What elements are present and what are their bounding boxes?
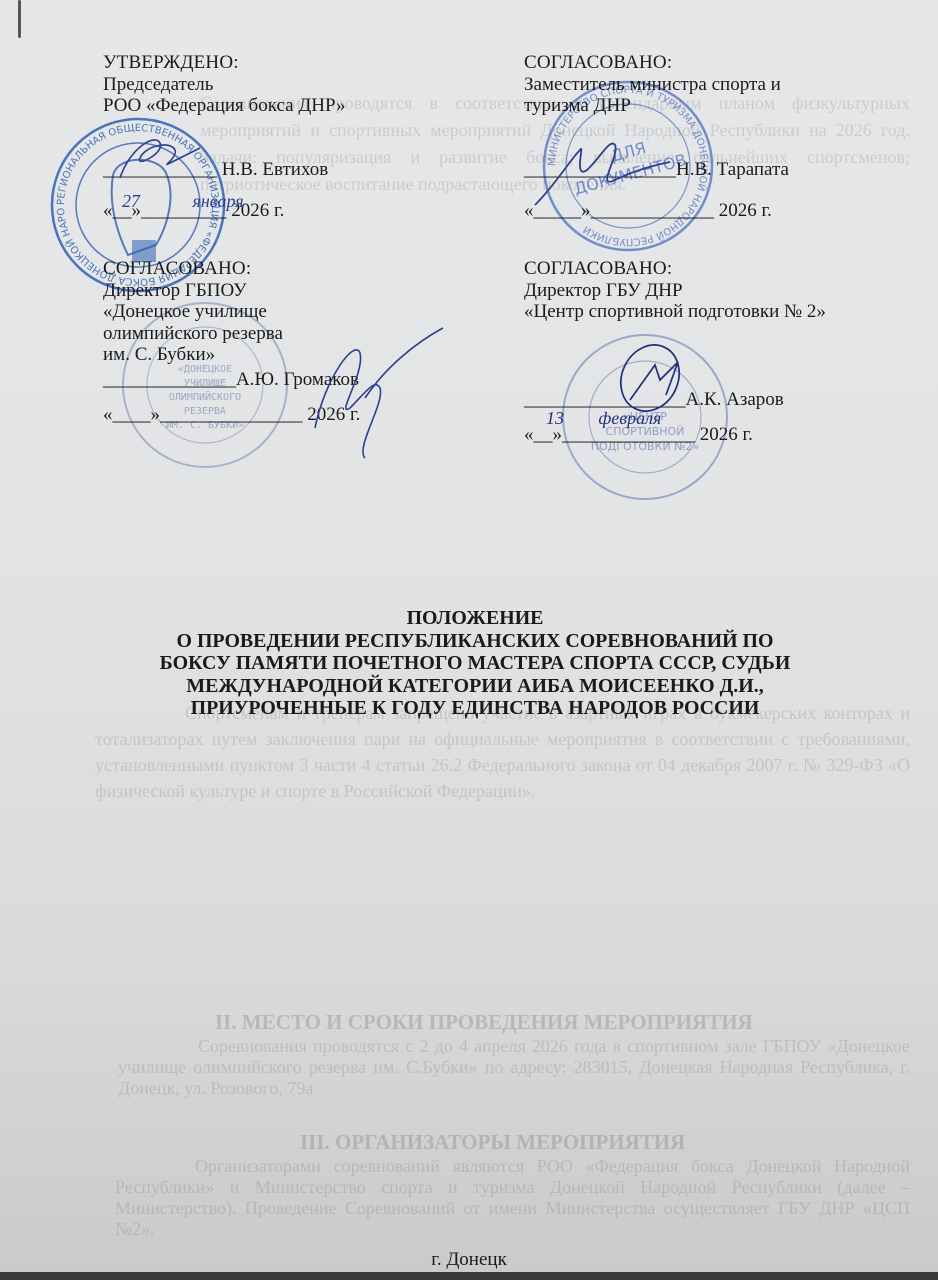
signature-gromakov <box>215 318 445 468</box>
title-line-1: ПОЛОЖЕНИЕ <box>106 607 843 630</box>
title-line-2: О ПРОВЕДЕНИИ РЕСПУБЛИКАНСКИХ СОРЕВНОВАНИ… <box>106 630 843 653</box>
document-title: ПОЛОЖЕНИЕ О ПРОВЕДЕНИИ РЕСПУБЛИКАНСКИХ С… <box>106 607 843 720</box>
title-line-3: БОКСУ ПАМЯТИ ПОЧЕТНОГО МАСТЕРА СПОРТА СС… <box>106 652 843 675</box>
signature-evtikhov <box>100 128 220 188</box>
bleed-through-section-2: II. МЕСТО И СРОКИ ПРОВЕДЕНИЯ МЕРОПРИЯТИЯ <box>215 1010 753 1035</box>
title-line-5: ПРИУРОЧЕННЫЕ К ГОДУ ЕДИНСТВА НАРОДОВ РОС… <box>106 697 843 720</box>
page-bottom-edge <box>0 1272 938 1280</box>
approval-position: Заместитель министра спорта и <box>524 74 789 96</box>
document-page: Соревнования проводятся в соответствии с… <box>0 0 938 1280</box>
bleed-through-section-2-text: Соревнования проводятся с 2 до 4 апреля … <box>118 1036 910 1099</box>
city-label: г. Донецк <box>0 1249 938 1271</box>
approval-position: Председатель <box>103 74 346 96</box>
approval-organization: «Центр спортивной подготовки № 2» <box>524 301 826 323</box>
bleed-through-section-3-text: Организаторами соревнований являются РОО… <box>115 1156 910 1256</box>
handwritten-date-center: 13 февраля <box>546 408 661 430</box>
approval-heading: УТВЕРЖДЕНО: <box>103 52 346 74</box>
approval-heading: СОГЛАСОВАНО: <box>524 52 789 74</box>
handwritten-day: 13 <box>546 408 564 428</box>
approval-organization: РОО «Федерация бокса ДНР» <box>103 95 346 117</box>
page-edge-mark <box>18 0 21 38</box>
handwritten-month: января <box>193 191 244 211</box>
approval-heading: СОГЛАСОВАНО: <box>103 258 360 280</box>
bleed-through-mid: Спортсменам и тренерам запрещено участие… <box>95 700 910 980</box>
handwritten-day: 27 <box>122 191 140 211</box>
handwritten-month: февраля <box>599 408 662 428</box>
bleed-through-section-3: III. ОРГАНИЗАТОРЫ МЕРОПРИЯТИЯ <box>300 1130 685 1155</box>
approval-position: Директор ГБУ ДНР <box>524 280 826 302</box>
approval-heading: СОГЛАСОВАНО: <box>524 258 826 280</box>
title-line-4: МЕЖДУНАРОДНОЙ КАТЕГОРИИ АИБА МОИСЕЕНКО Д… <box>106 675 843 698</box>
signature-tarapata <box>525 130 675 210</box>
approval-organization: туризма ДНР <box>524 95 789 117</box>
approval-position: Директор ГБПОУ <box>103 280 360 302</box>
handwritten-date-chairman: 27 января <box>122 191 244 213</box>
